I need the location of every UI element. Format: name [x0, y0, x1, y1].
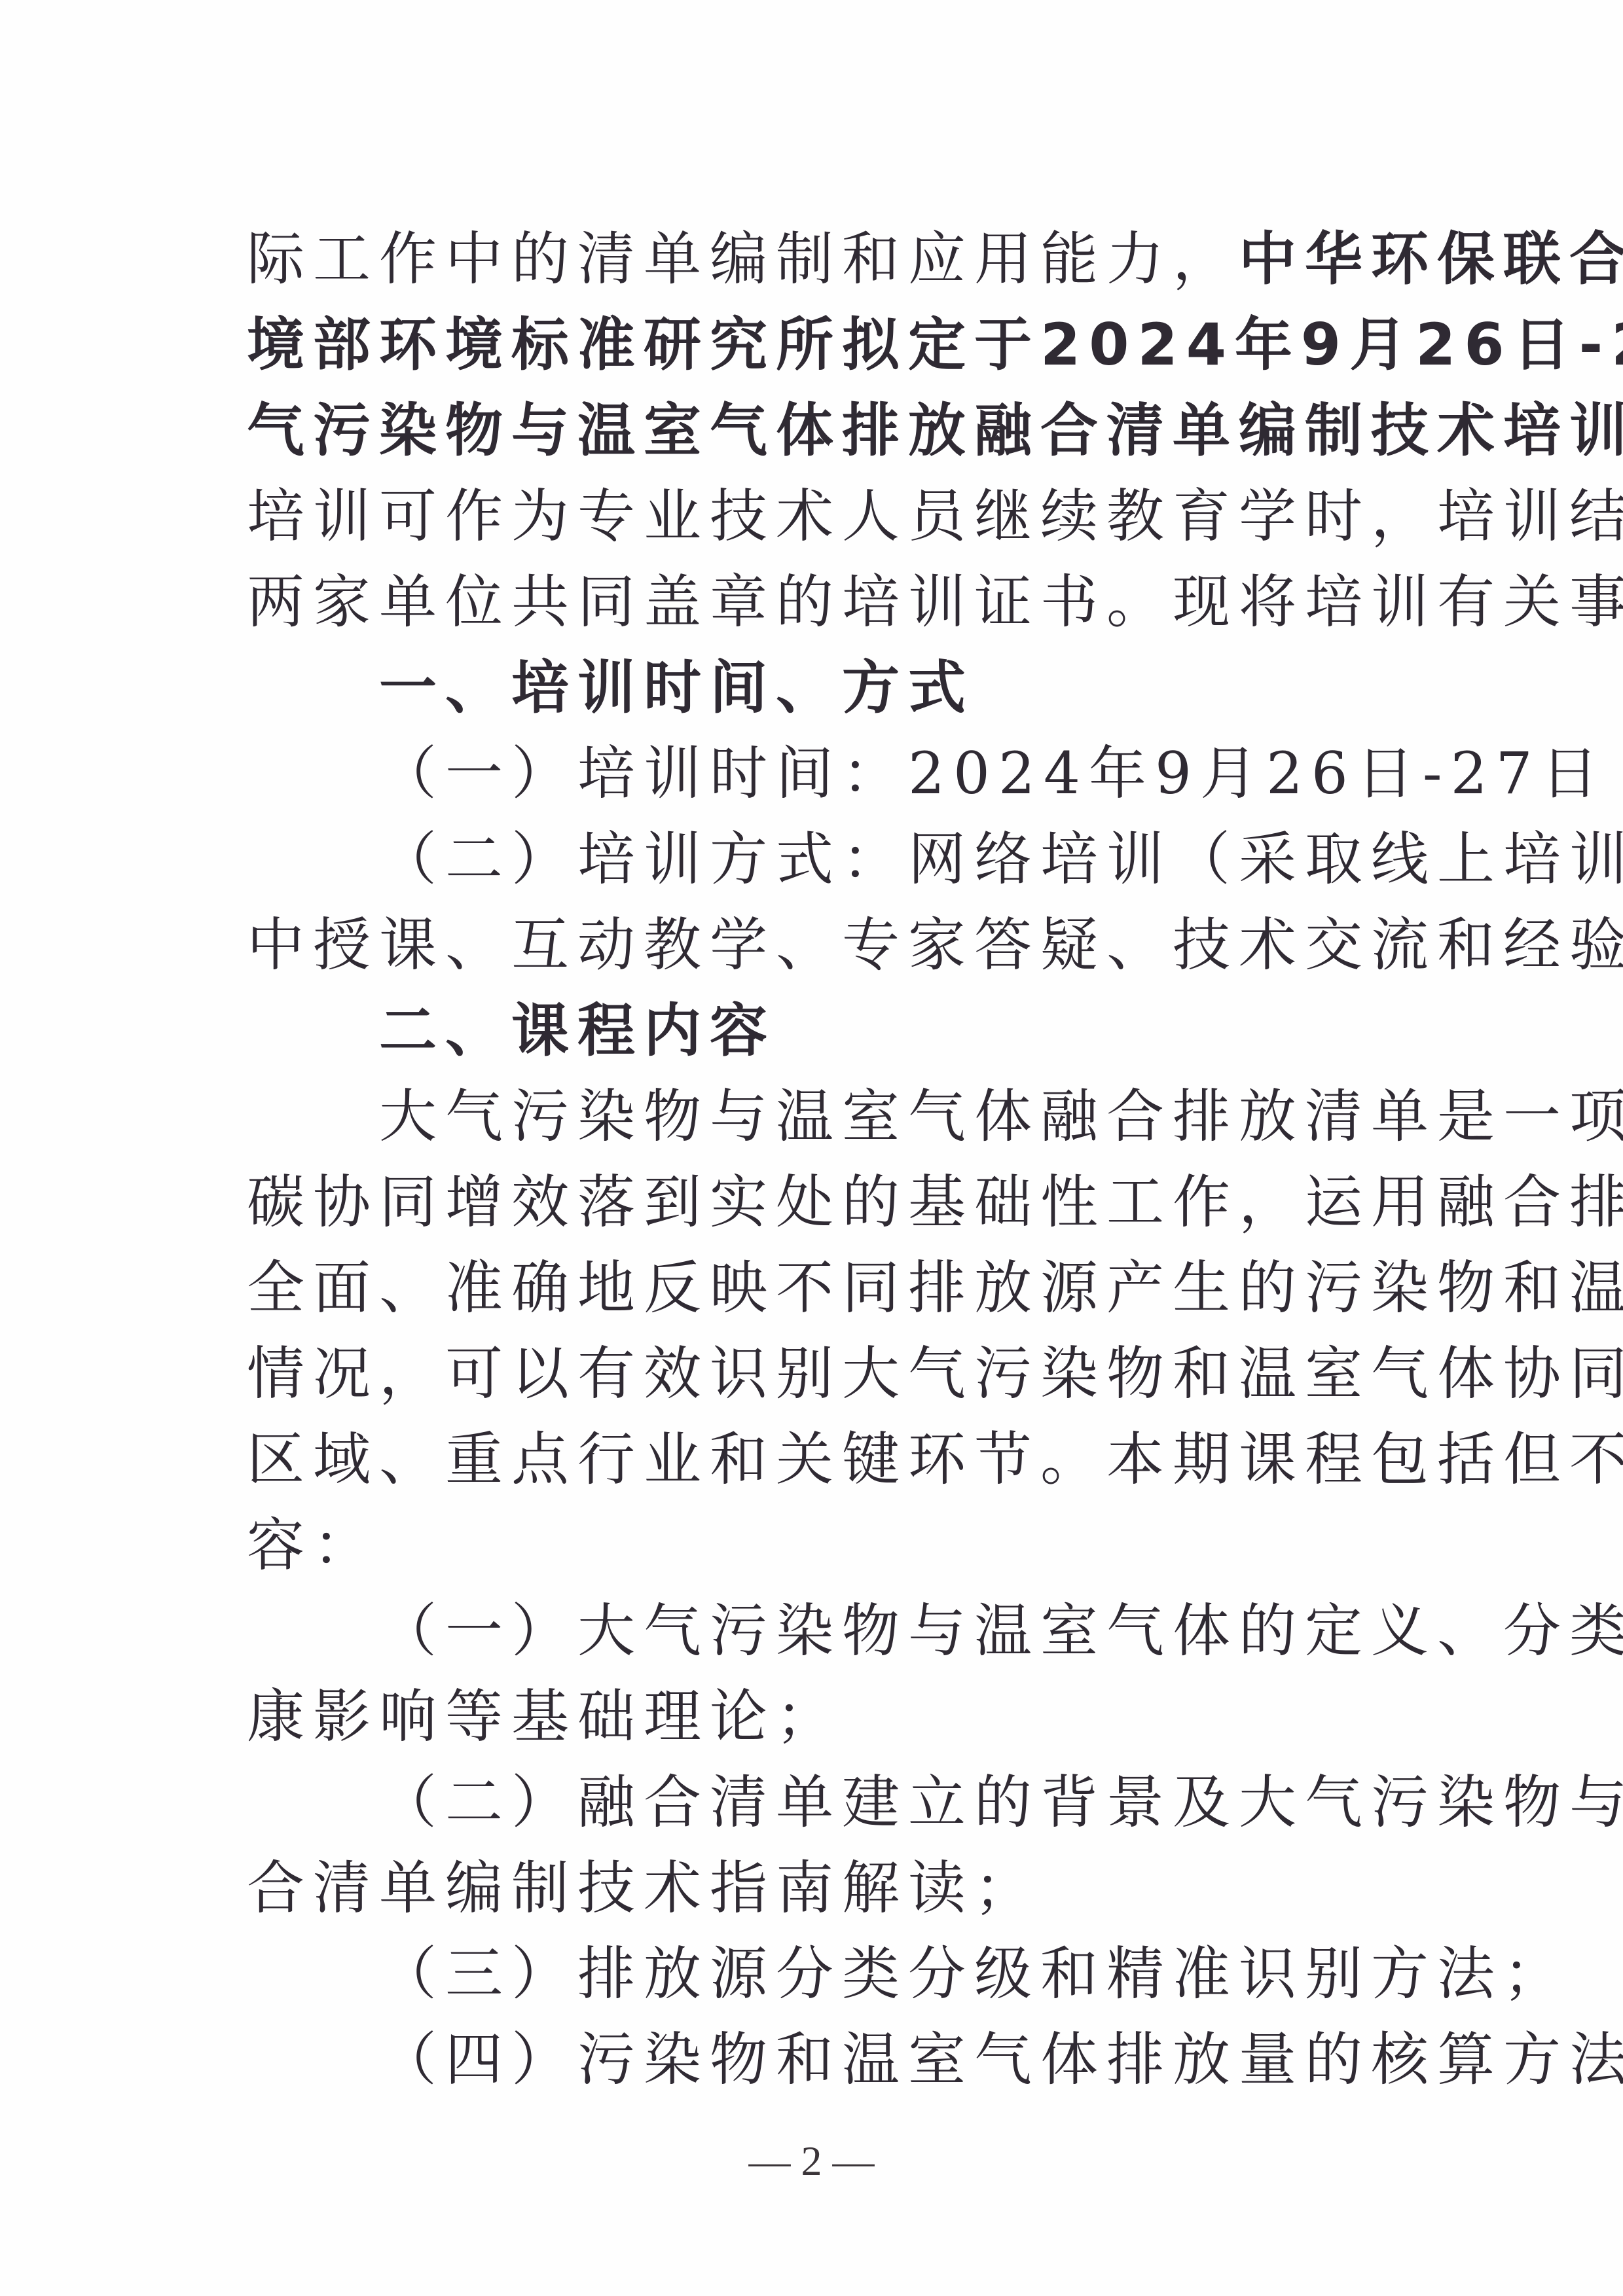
- text-line-12: 碳协同增效落到实处的基础性工作，运用融合排放清单可以: [247, 1159, 1379, 1245]
- text-line-1: 际工作中的清单编制和应用能力，中华环保联合会与生态环: [247, 216, 1379, 302]
- section-heading-2-text: 二、课程内容: [379, 997, 776, 1064]
- line-16-text: 容：: [247, 1511, 379, 1579]
- text-line-16: 容：: [247, 1502, 1379, 1588]
- training-time-text: （一）培训时间：2024年9月26日-27日（周四、周五）: [379, 740, 1623, 807]
- line-12-text: 碳协同增效落到实处的基础性工作，运用融合排放清单可以: [247, 1168, 1623, 1236]
- document-page: 际工作中的清单编制和应用能力，中华环保联合会与生态环 境部环境标准研究所拟定于2…: [0, 0, 1623, 2296]
- line-9-text: 中授课、互动教学、专家答疑、技术交流和经验分享等）。: [247, 911, 1623, 978]
- line-1-bold-organizers: 中华环保联合会与生态环: [1239, 225, 1623, 293]
- line-15-text: 区域、重点行业和关键环节。本期课程包括但不限于以下内: [247, 1426, 1623, 1493]
- section-heading-1-text: 一、培训时间、方式: [379, 654, 974, 721]
- line-4-text: 培训可作为专业技术人员继续教育学时，培训结束后将颁发: [247, 482, 1623, 550]
- course-item-1-text: （一）大气污染物与温室气体的定义、分类及环境和健: [379, 1597, 1623, 1664]
- text-line-4: 培训可作为专业技术人员继续教育学时，培训结束后将颁发: [247, 473, 1379, 559]
- text-line-9: 中授课、互动教学、专家答疑、技术交流和经验分享等）。: [247, 902, 1379, 988]
- training-time-item: （一）培训时间：2024年9月26日-27日（周四、周五）: [247, 730, 1379, 816]
- course-item-3: （三）排放源分类分级和精准识别方法；: [247, 1931, 1379, 2017]
- training-mode-item: （二）培训方式：网络培训（采取线上培训形式进行集: [247, 816, 1379, 902]
- line-1-regular: 际工作中的清单编制和应用能力，: [247, 225, 1239, 293]
- text-line-5: 两家单位共同盖章的培训证书。现将培训有关事项通知如下：: [247, 559, 1379, 645]
- line-13-text: 全面、准确地反映不同排放源产生的污染物和温室气体排放: [247, 1254, 1623, 1321]
- text-line-2: 境部环境标准研究所拟定于2024年9月26日-27日举办“大: [247, 302, 1379, 387]
- text-line-11: 大气污染物与温室气体融合排放清单是一项将减污降: [247, 1073, 1379, 1159]
- course-item-4: （四）污染物和温室气体排放量的核算方法；: [247, 2017, 1379, 2102]
- course-item-1-cont-text: 康影响等基础理论；: [247, 1683, 842, 1750]
- section-heading-1: 一、培训时间、方式: [247, 645, 1379, 730]
- page-number: — 2 —: [0, 2137, 1623, 2185]
- line-3-bold-course-title: 气污染物与温室气体排放融合清单编制技术培训班”: [247, 397, 1623, 464]
- course-item-3-text: （三）排放源分类分级和精准识别方法；: [379, 1940, 1569, 2007]
- line-11-text: 大气污染物与温室气体融合排放清单是一项将减污降: [379, 1083, 1623, 1150]
- text-line-14: 情况，可以有效识别大气污染物和温室气体协同管控的重点: [247, 1331, 1379, 1416]
- line-5-text: 两家单位共同盖章的培训证书。现将培训有关事项通知如下：: [247, 568, 1623, 636]
- section-heading-2: 二、课程内容: [247, 988, 1379, 1073]
- course-item-2-cont: 合清单编制技术指南解读；: [247, 1845, 1379, 1931]
- body-text: 际工作中的清单编制和应用能力，中华环保联合会与生态环 境部环境标准研究所拟定于2…: [247, 216, 1379, 2102]
- training-mode-text: （二）培训方式：网络培训（采取线上培训形式进行集: [379, 825, 1623, 893]
- course-item-1: （一）大气污染物与温室气体的定义、分类及环境和健: [247, 1588, 1379, 1674]
- course-item-2: （二）融合清单建立的背景及大气污染物与温室气体融: [247, 1759, 1379, 1845]
- line-2-bold-event: 境部环境标准研究所拟定于2024年9月26日-27日举办“大: [247, 311, 1623, 378]
- text-line-3: 气污染物与温室气体排放融合清单编制技术培训班”，专题: [247, 387, 1379, 473]
- course-item-1-cont: 康影响等基础理论；: [247, 1674, 1379, 1759]
- line-14-text: 情况，可以有效识别大气污染物和温室气体协同管控的重点: [247, 1340, 1623, 1407]
- course-item-2-cont-text: 合清单编制技术指南解读；: [247, 1854, 1040, 1922]
- course-item-4-text: （四）污染物和温室气体排放量的核算方法；: [379, 2026, 1623, 2093]
- course-item-2-text: （二）融合清单建立的背景及大气污染物与温室气体融: [379, 1768, 1623, 1836]
- text-line-15: 区域、重点行业和关键环节。本期课程包括但不限于以下内: [247, 1416, 1379, 1502]
- text-line-13: 全面、准确地反映不同排放源产生的污染物和温室气体排放: [247, 1245, 1379, 1331]
